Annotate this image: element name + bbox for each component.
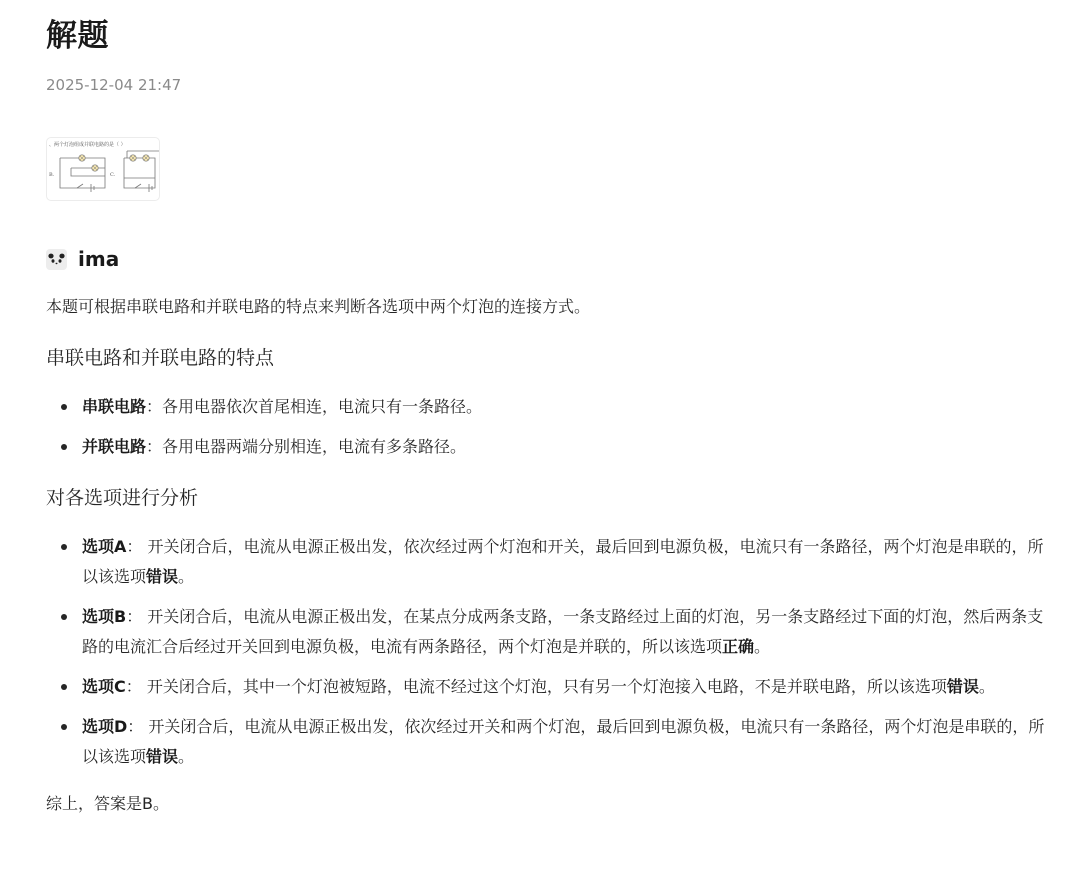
separator: ： [146,437,162,456]
term-label: 选项B [82,607,126,626]
separator: ： [126,677,147,696]
punctuation: 。 [979,677,995,696]
panda-icon [46,249,67,270]
analysis-list: 选项A： 开关闭合后，电流从电源正极出发，依次经过两个灯泡和开关，最后回到电源负… [46,532,1046,772]
answer-conclusion: 综上，答案是B。 [46,789,1046,819]
section-heading-characteristics: 串联电路和并联电路的特点 [46,344,1046,372]
separator: ： [126,607,147,626]
svg-text:、两个灯泡组成并联电路的是（ ）: 、两个灯泡组成并联电路的是（ ） [49,141,126,148]
separator: ： [146,397,162,416]
svg-text:C.: C. [110,172,116,178]
answer-body: 本题可根据串联电路和并联电路的特点来判断各选项中两个灯泡的连接方式。 串联电路和… [46,292,1046,819]
item-text: 各用电器两端分别相连，电流有多条路径。 [162,437,466,456]
item-text: 开关闭合后，其中一个灯泡被短路，电流不经过这个灯泡，只有另一个灯泡接入电路，不是… [147,677,947,696]
list-item-option-c: 选项C： 开关闭合后，其中一个灯泡被短路，电流不经过这个灯泡，只有另一个灯泡接入… [46,672,1046,702]
item-text: 各用电器依次首尾相连，电流只有一条路径。 [162,397,482,416]
list-item: 并联电路：各用电器两端分别相连，电流有多条路径。 [46,432,1046,462]
verdict: 错误 [146,567,178,586]
term-label: 并联电路 [82,437,146,456]
verdict: 正确 [722,637,754,656]
circuit-diagram-image: 、两个灯泡组成并联电路的是（ ） B. C. [47,138,159,200]
item-text: 开关闭合后，电流从电源正极出发，在某点分成两条支路，一条支路经过上面的灯泡，另一… [82,607,1043,656]
punctuation: 。 [178,567,194,586]
list-item: 串联电路：各用电器依次首尾相连，电流只有一条路径。 [46,392,1046,422]
punctuation: 。 [754,637,770,656]
question-image-thumbnail[interactable]: 、两个灯泡组成并联电路的是（ ） B. C. [46,137,160,201]
section-heading-analysis: 对各选项进行分析 [46,484,1046,512]
item-text: 开关闭合后，电流从电源正极出发，依次经过开关和两个灯泡，最后回到电源负极，电流只… [82,717,1044,766]
punctuation: 。 [178,747,194,766]
item-text: 开关闭合后，电流从电源正极出发，依次经过两个灯泡和开关，最后回到电源负极，电流只… [82,537,1044,586]
svg-text:B.: B. [49,172,55,178]
assistant-header: ima [46,245,119,273]
list-item-option-d: 选项D： 开关闭合后，电流从电源正极出发，依次经过开关和两个灯泡，最后回到电源负… [46,712,1046,772]
assistant-name: ima [78,247,119,271]
term-label: 串联电路 [82,397,146,416]
separator: ： [126,537,147,556]
verdict: 错误 [146,747,178,766]
verdict: 错误 [947,677,979,696]
list-item-option-b: 选项B： 开关闭合后，电流从电源正极出发，在某点分成两条支路，一条支路经过上面的… [46,602,1046,662]
answer-intro: 本题可根据串联电路和并联电路的特点来判断各选项中两个灯泡的连接方式。 [46,292,1046,322]
page-title: 解题 [46,16,109,56]
timestamp: 2025-12-04 21:47 [46,75,181,95]
separator: ： [127,717,148,736]
list-item-option-a: 选项A： 开关闭合后，电流从电源正极出发，依次经过两个灯泡和开关，最后回到电源负… [46,532,1046,592]
term-label: 选项D [82,717,127,736]
term-label: 选项C [82,677,126,696]
characteristics-list: 串联电路：各用电器依次首尾相连，电流只有一条路径。 并联电路：各用电器两端分别相… [46,392,1046,462]
term-label: 选项A [82,537,126,556]
